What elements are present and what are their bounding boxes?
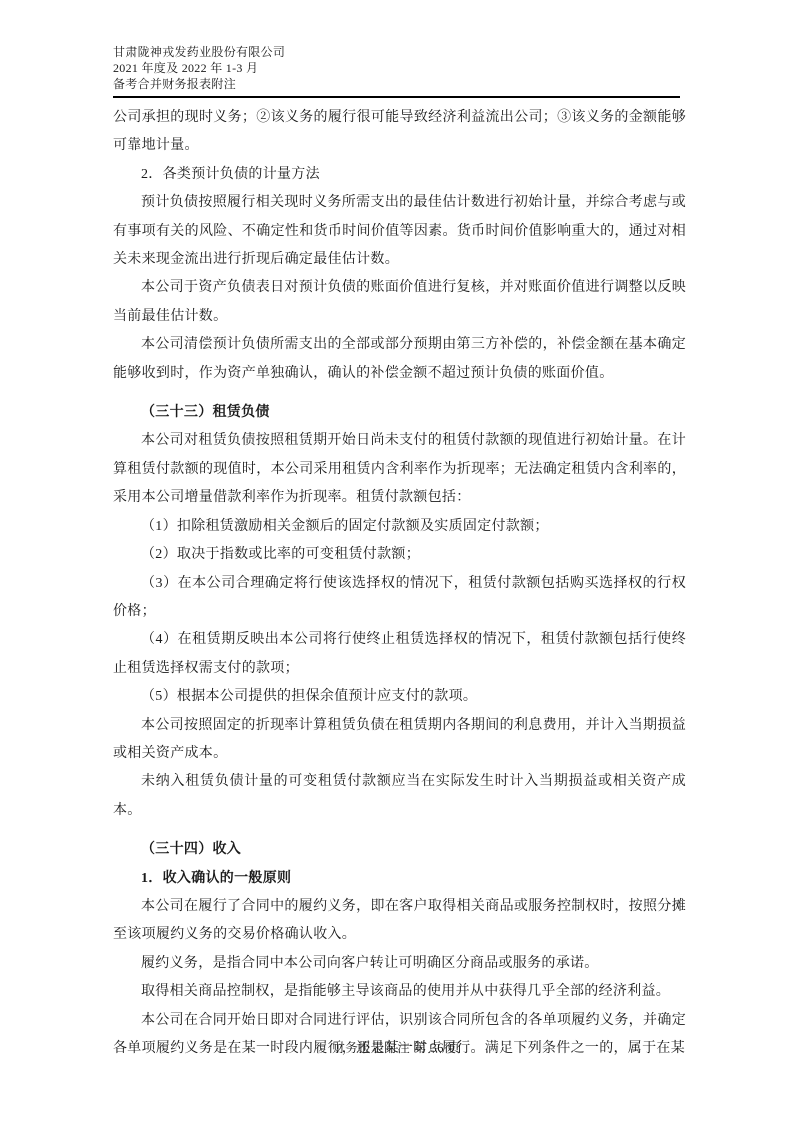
header-company-name: 甘肃陇神戎发药业股份有限公司 — [113, 44, 686, 60]
paragraph: 未纳入租赁负债计量的可变租赁付款额应当在实际发生时计入当期损益或相关资产成本。 — [113, 768, 686, 825]
header-report-period: 2021 年度及 2022 年 1-3 月 — [113, 60, 686, 76]
page-header: 甘肃陇神戎发药业股份有限公司 2021 年度及 2022 年 1-3 月 备考合… — [113, 44, 686, 92]
list-item: （5）根据本公司提供的担保余值预计应支付的款项。 — [113, 683, 686, 711]
paragraph: 本公司在履行了合同中的履约义务，即在客户取得相关商品或服务控制权时，按照分摊至该… — [113, 893, 686, 950]
list-item: （4）在租赁期反映出本公司将行使终止租赁选择权的情况下，租赁付款额包括行使终止租… — [113, 626, 686, 683]
footer-page-label: 财务报表附注 第 36 页 — [332, 1041, 460, 1055]
paragraph: 本公司清偿预计负债所需支出的全部或部分预期由第三方补偿的，补偿金额在基本确定能够… — [113, 331, 686, 388]
document-body: 公司承担的现时义务；②该义务的履行很可能导致经济利益流出公司；③该义务的金额能够… — [113, 104, 686, 1063]
list-item: （3）在本公司合理确定将行使该选择权的情况下，租赁付款额包括购买选择权的行权价格… — [113, 570, 686, 627]
sub-heading-revenue-recognition: 1．收入确认的一般原则 — [113, 865, 686, 893]
header-divider-rule — [113, 96, 680, 98]
page-footer: 财务报表附注 第 36 页 — [0, 1038, 793, 1056]
paragraph: 取得相关商品控制权，是指能够主导该商品的使用并从中获得几乎全部的经济利益。 — [113, 978, 686, 1006]
paragraph: 履约义务，是指合同中本公司向客户转让可明确区分商品或服务的承诺。 — [113, 950, 686, 978]
list-item: （1）扣除租赁激励相关金额后的固定付款额及实质固定付款额； — [113, 513, 686, 541]
document-page: 甘肃陇神戎发药业股份有限公司 2021 年度及 2022 年 1-3 月 备考合… — [0, 0, 793, 1122]
section-heading-lease-liabilities: （三十三）租赁负债 — [113, 399, 686, 427]
paragraph: 本公司按照固定的折现率计算租赁负债在租赁期内各期间的利息费用，并计入当期损益或相… — [113, 712, 686, 769]
list-item: （2）取决于指数或比率的可变租赁付款额； — [113, 541, 686, 569]
paragraph-continued: 公司承担的现时义务；②该义务的履行很可能导致经济利益流出公司；③该义务的金额能够… — [113, 104, 686, 161]
header-doc-title: 备考合并财务报表附注 — [113, 76, 686, 92]
list-item-heading: 2．各类预计负债的计量方法 — [113, 161, 686, 189]
section-heading-revenue: （三十四）收入 — [113, 836, 686, 864]
paragraph: 本公司对租赁负债按照租赁期开始日尚未支付的租赁付款额的现值进行初始计量。在计算租… — [113, 427, 686, 512]
paragraph: 预计负债按照履行相关现时义务所需支出的最佳估计数进行初始计量，并综合考虑与或有事… — [113, 189, 686, 274]
paragraph: 本公司于资产负债表日对预计负债的账面价值进行复核，并对账面价值进行调整以反映当前… — [113, 274, 686, 331]
